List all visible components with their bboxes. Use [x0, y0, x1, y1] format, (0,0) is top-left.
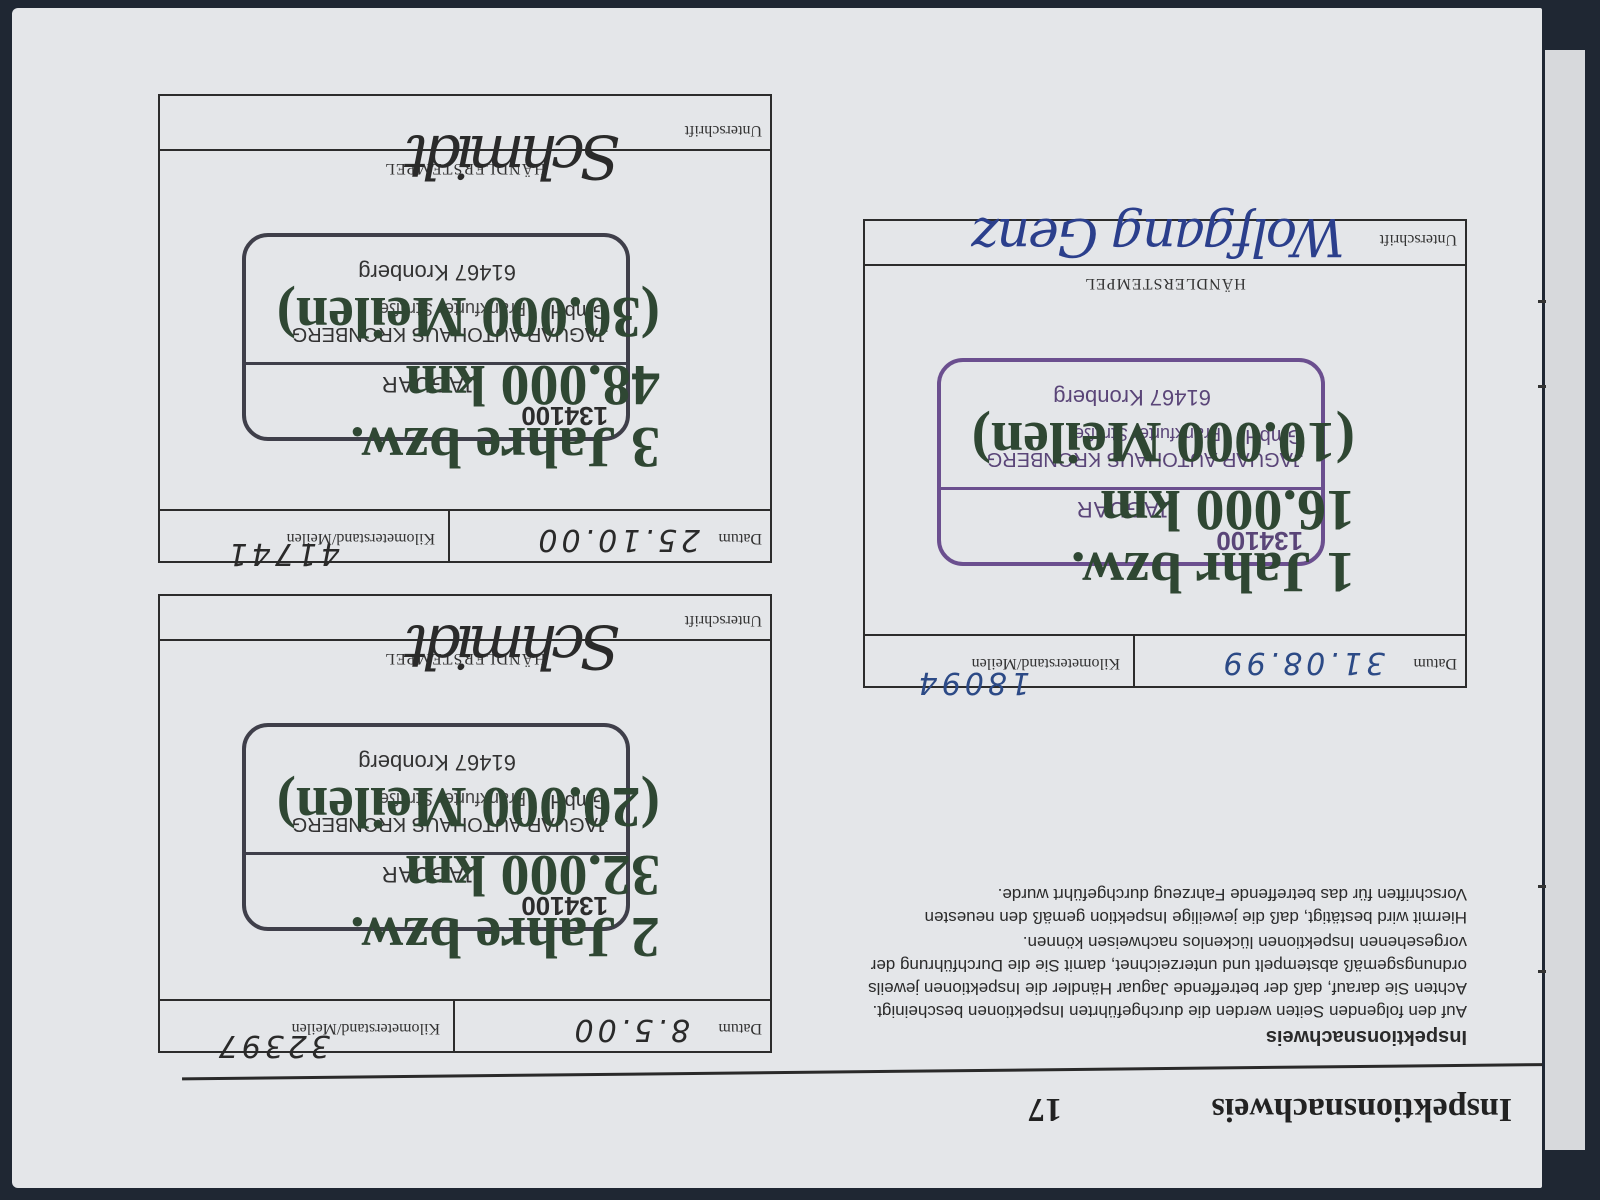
signature-zone: Unterschrift Schmidt [160, 596, 770, 641]
signature-value: Schmidt [410, 611, 620, 681]
binding-stitch [1538, 885, 1546, 888]
date-label: Datum [1413, 654, 1457, 672]
interval-miles: (10.000 Meilen) [972, 409, 1355, 476]
dealer-stamp-label: HÄNDLERSTEMPEL [865, 274, 1465, 292]
interval-miles: (20.000 Meilen) [277, 774, 660, 841]
interval-years: 1 Jahr bzw. [1071, 539, 1355, 606]
signature-value: Schmidt [410, 121, 620, 191]
interval-years: 3 Jahre bzw. [350, 414, 660, 481]
date-value: 8.5.00 [571, 1012, 690, 1047]
date-label: Datum [718, 1019, 762, 1037]
dealer-stamp-zone: 134100 JAGUAR JAGUAR AUTOHAUS KRONBERG G… [160, 639, 770, 1001]
intro-text: Inspektionsnachweis Auf den folgenden Se… [837, 881, 1467, 1048]
stamp-city: 61467 Kronberg [1053, 384, 1211, 410]
dealer-stamp-zone: 134100 JAGUAR JAGUAR AUTOHAUS KRONBERG G… [160, 149, 770, 511]
interval-miles: (30.000 Meilen) [277, 284, 660, 351]
interval-km: 16.000 km [1100, 477, 1355, 544]
inspection-card-1: Datum 31.08.99 Kilometerstand/Meilen 180… [863, 219, 1467, 688]
binding-stitch [1538, 385, 1546, 388]
date-mileage-row: Datum 8.5.00 Kilometerstand/Meilen 32397 [160, 999, 770, 1051]
date-cell: Datum 8.5.00 [453, 1001, 770, 1051]
date-value: 31.08.99 [1219, 645, 1385, 680]
booklet-page: Inspektionsnachweis 17 Inspektionsnachwe… [12, 8, 1542, 1188]
page-header: Inspektionsnachweis 17 [932, 1068, 1512, 1128]
inspection-card-3: Datum 25.10.00 Kilometerstand/Meilen 417… [158, 94, 772, 563]
stamp-city: 61467 Kronberg [358, 749, 516, 775]
intro-paragraph-1: Auf den folgenden Seiten werden die durc… [837, 931, 1467, 1023]
date-value: 25.10.00 [534, 522, 700, 557]
date-mileage-row: Datum 25.10.00 Kilometerstand/Meilen 417… [160, 509, 770, 561]
intro-heading: Inspektionsnachweis [837, 1025, 1467, 1048]
signature-label: Unterschrift [685, 611, 762, 629]
intro-paragraph-2: Hiermit wird bestätigt, daß die jeweilig… [837, 883, 1467, 929]
binding-stitch [1538, 300, 1546, 303]
interval-km: 32.000 km [405, 842, 660, 909]
signature-zone: Unterschrift Schmidt [160, 96, 770, 151]
binding-stitch [1538, 970, 1546, 973]
page-content-rotated: Inspektionsnachweis 17 Inspektionsnachwe… [12, 8, 1542, 1188]
date-mileage-row: Datum 31.08.99 Kilometerstand/Meilen 180… [865, 634, 1465, 686]
signature-value: Wolfgang Genz [973, 206, 1345, 266]
date-cell: Datum 31.08.99 [1133, 636, 1465, 686]
mileage-value: 18094 [915, 665, 1030, 700]
signature-label: Unterschrift [685, 121, 762, 139]
signature-label: Unterschrift [1380, 230, 1457, 248]
header-rule [182, 1063, 1542, 1081]
stamp-city: 61467 Kronberg [358, 259, 516, 285]
page-title: Inspektionsnachweis [1212, 1090, 1512, 1128]
dealer-stamp-zone: 134100 JAGUAR JAGUAR AUTOHAUS KRONBERG G… [865, 264, 1465, 636]
interval-years: 2 Jahre bzw. [350, 904, 660, 971]
date-cell: Datum 25.10.00 [448, 511, 770, 561]
mileage-value: 41741 [225, 536, 340, 571]
mileage-value: 32397 [215, 1028, 330, 1063]
date-label: Datum [718, 529, 762, 547]
facing-page-edge [1545, 50, 1585, 1150]
page-number: 17 [1028, 1090, 1062, 1128]
inspection-card-2: Datum 8.5.00 Kilometerstand/Meilen 32397… [158, 594, 772, 1053]
interval-km: 48.000 km [405, 352, 660, 419]
signature-zone: Unterschrift Wolfgang Genz [865, 221, 1465, 266]
